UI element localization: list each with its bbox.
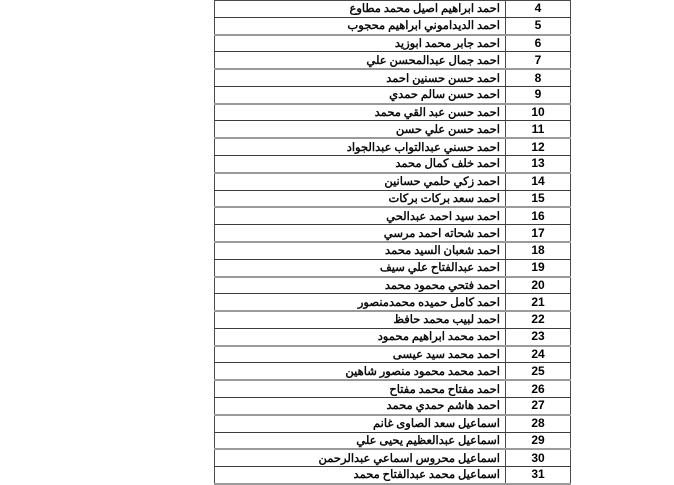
table-row: احمد زكي حلمي حسانين 14 (214, 174, 571, 191)
row-number-cell: 23 (506, 329, 571, 345)
name-cell: احمد زكي حلمي حسانين (214, 174, 506, 190)
table-row: احمد جابر محمد ابوزيد 6 (214, 36, 571, 53)
row-number-cell: 18 (506, 243, 571, 259)
table-row: اسماعيل سعد الصاوى غانم 28 (214, 416, 571, 433)
name-cell: احمد الديداموني ابراهيم محجوب (214, 18, 506, 34)
name-cell: اسماعيل عبدالعظيم يحيى علي (214, 433, 506, 449)
table-row: احمد سيد احمد عبدالحي 16 (214, 208, 571, 225)
name-cell: احمد كامل حميده محمدمنصور (214, 294, 506, 310)
table-row: احمد محمد ابراهيم محمود 23 (214, 329, 571, 347)
row-number-cell: 14 (506, 174, 571, 190)
name-cell: احمد محمد ابراهيم محمود (214, 329, 506, 345)
table-row: احمد الديداموني ابراهيم محجوب 5 (214, 18, 571, 36)
name-cell: احمد جمال عبدالمحسن علي (214, 52, 506, 68)
name-cell: احمد خلف كمال محمد (214, 156, 506, 172)
name-cell: احمد شحاته احمد مرسي (214, 225, 506, 241)
row-number-cell: 19 (506, 260, 571, 276)
table-row: احمد حسن سالم حمدي 9 (214, 87, 571, 105)
name-cell: احمد حسن علي حسن (214, 121, 506, 137)
table-row: اسماعيل عبدالعظيم يحيى علي 29 (214, 433, 571, 451)
names-table: احمد ابراهيم اصيل محمد مطاوع 4 احمد الدي… (214, 0, 571, 485)
row-number-cell: 4 (506, 1, 571, 17)
table-row: احمد حسن عبد القي محمد 10 (214, 105, 571, 122)
table-row: احمد حسن علي حسن 11 (214, 121, 571, 139)
name-cell: احمد حسن عبد القي محمد (214, 105, 506, 121)
row-number-cell: 31 (506, 467, 571, 483)
row-number-cell: 21 (506, 294, 571, 310)
table-row: احمد هاشم حمدي محمد 27 (214, 398, 571, 416)
row-number-cell: 13 (506, 156, 571, 172)
table-row: احمد محمد سيد عيسى 24 (214, 347, 571, 364)
name-cell: احمد مفتاح محمد مفتاح (214, 381, 506, 397)
row-number-cell: 27 (506, 398, 571, 414)
row-number-cell: 22 (506, 312, 571, 328)
row-number-cell: 7 (506, 52, 571, 68)
table-row: احمد حسني عبدالتواب عبدالجواد 12 (214, 139, 571, 156)
name-cell: اسماعيل محروس اسماعي عبدالرحمن (214, 450, 506, 466)
name-cell: اسماعيل سعد الصاوى غانم (214, 416, 506, 432)
name-cell: احمد سيد احمد عبدالحي (214, 208, 506, 224)
name-cell: احمد هاشم حمدي محمد (214, 398, 506, 414)
name-cell: احمد لبيب محمد حافظ (214, 312, 506, 328)
table-row: احمد فتحي محمود محمد 20 (214, 278, 571, 295)
row-number-cell: 15 (506, 191, 571, 207)
row-number-cell: 12 (506, 139, 571, 155)
row-number-cell: 29 (506, 433, 571, 449)
row-number-cell: 11 (506, 121, 571, 137)
table-row: احمد شعبان السيد محمد 18 (214, 243, 571, 260)
name-cell: اسماعيل محمد عبدالفتاح محمد (214, 467, 506, 483)
row-number-cell: 5 (506, 18, 571, 34)
table-row: احمد شحاته احمد مرسي 17 (214, 225, 571, 243)
row-number-cell: 6 (506, 36, 571, 52)
row-number-cell: 8 (506, 70, 571, 86)
name-cell: احمد جابر محمد ابوزيد (214, 36, 506, 52)
row-number-cell: 28 (506, 416, 571, 432)
table-row: احمد سعد بركات بركات 15 (214, 191, 571, 209)
table-row: احمد كامل حميده محمدمنصور 21 (214, 294, 571, 312)
name-cell: احمد حسني عبدالتواب عبدالجواد (214, 139, 506, 155)
name-cell: احمد محمد محمود منصور شاهين (214, 363, 506, 379)
table-row: اسماعيل محروس اسماعي عبدالرحمن 30 (214, 450, 571, 467)
table-row: احمد ابراهيم اصيل محمد مطاوع 4 (214, 1, 571, 18)
row-number-cell: 25 (506, 363, 571, 379)
table-row: احمد محمد محمود منصور شاهين 25 (214, 363, 571, 381)
table-row: احمد لبيب محمد حافظ 22 (214, 312, 571, 329)
name-cell: احمد محمد سيد عيسى (214, 347, 506, 363)
name-cell: احمد حسن سالم حمدي (214, 87, 506, 103)
row-number-cell: 20 (506, 278, 571, 294)
table-row: احمد خلف كمال محمد 13 (214, 156, 571, 174)
row-number-cell: 30 (506, 450, 571, 466)
row-number-cell: 10 (506, 105, 571, 121)
name-cell: احمد عبدالفتاح علي سيف (214, 260, 506, 276)
row-number-cell: 26 (506, 381, 571, 397)
name-cell: احمد سعد بركات بركات (214, 191, 506, 207)
table-row: اسماعيل محمد عبدالفتاح محمد 31 (214, 467, 571, 485)
name-cell: احمد حسن حسنين احمد (214, 70, 506, 86)
name-cell: احمد ابراهيم اصيل محمد مطاوع (214, 1, 506, 17)
table-row: احمد مفتاح محمد مفتاح 26 (214, 381, 571, 398)
table-row: احمد عبدالفتاح علي سيف 19 (214, 260, 571, 278)
name-cell: احمد فتحي محمود محمد (214, 278, 506, 294)
table-row: احمد جمال عبدالمحسن علي 7 (214, 52, 571, 70)
row-number-cell: 17 (506, 225, 571, 241)
table-row: احمد حسن حسنين احمد 8 (214, 70, 571, 87)
row-number-cell: 24 (506, 347, 571, 363)
name-cell: احمد شعبان السيد محمد (214, 243, 506, 259)
row-number-cell: 9 (506, 87, 571, 103)
row-number-cell: 16 (506, 208, 571, 224)
